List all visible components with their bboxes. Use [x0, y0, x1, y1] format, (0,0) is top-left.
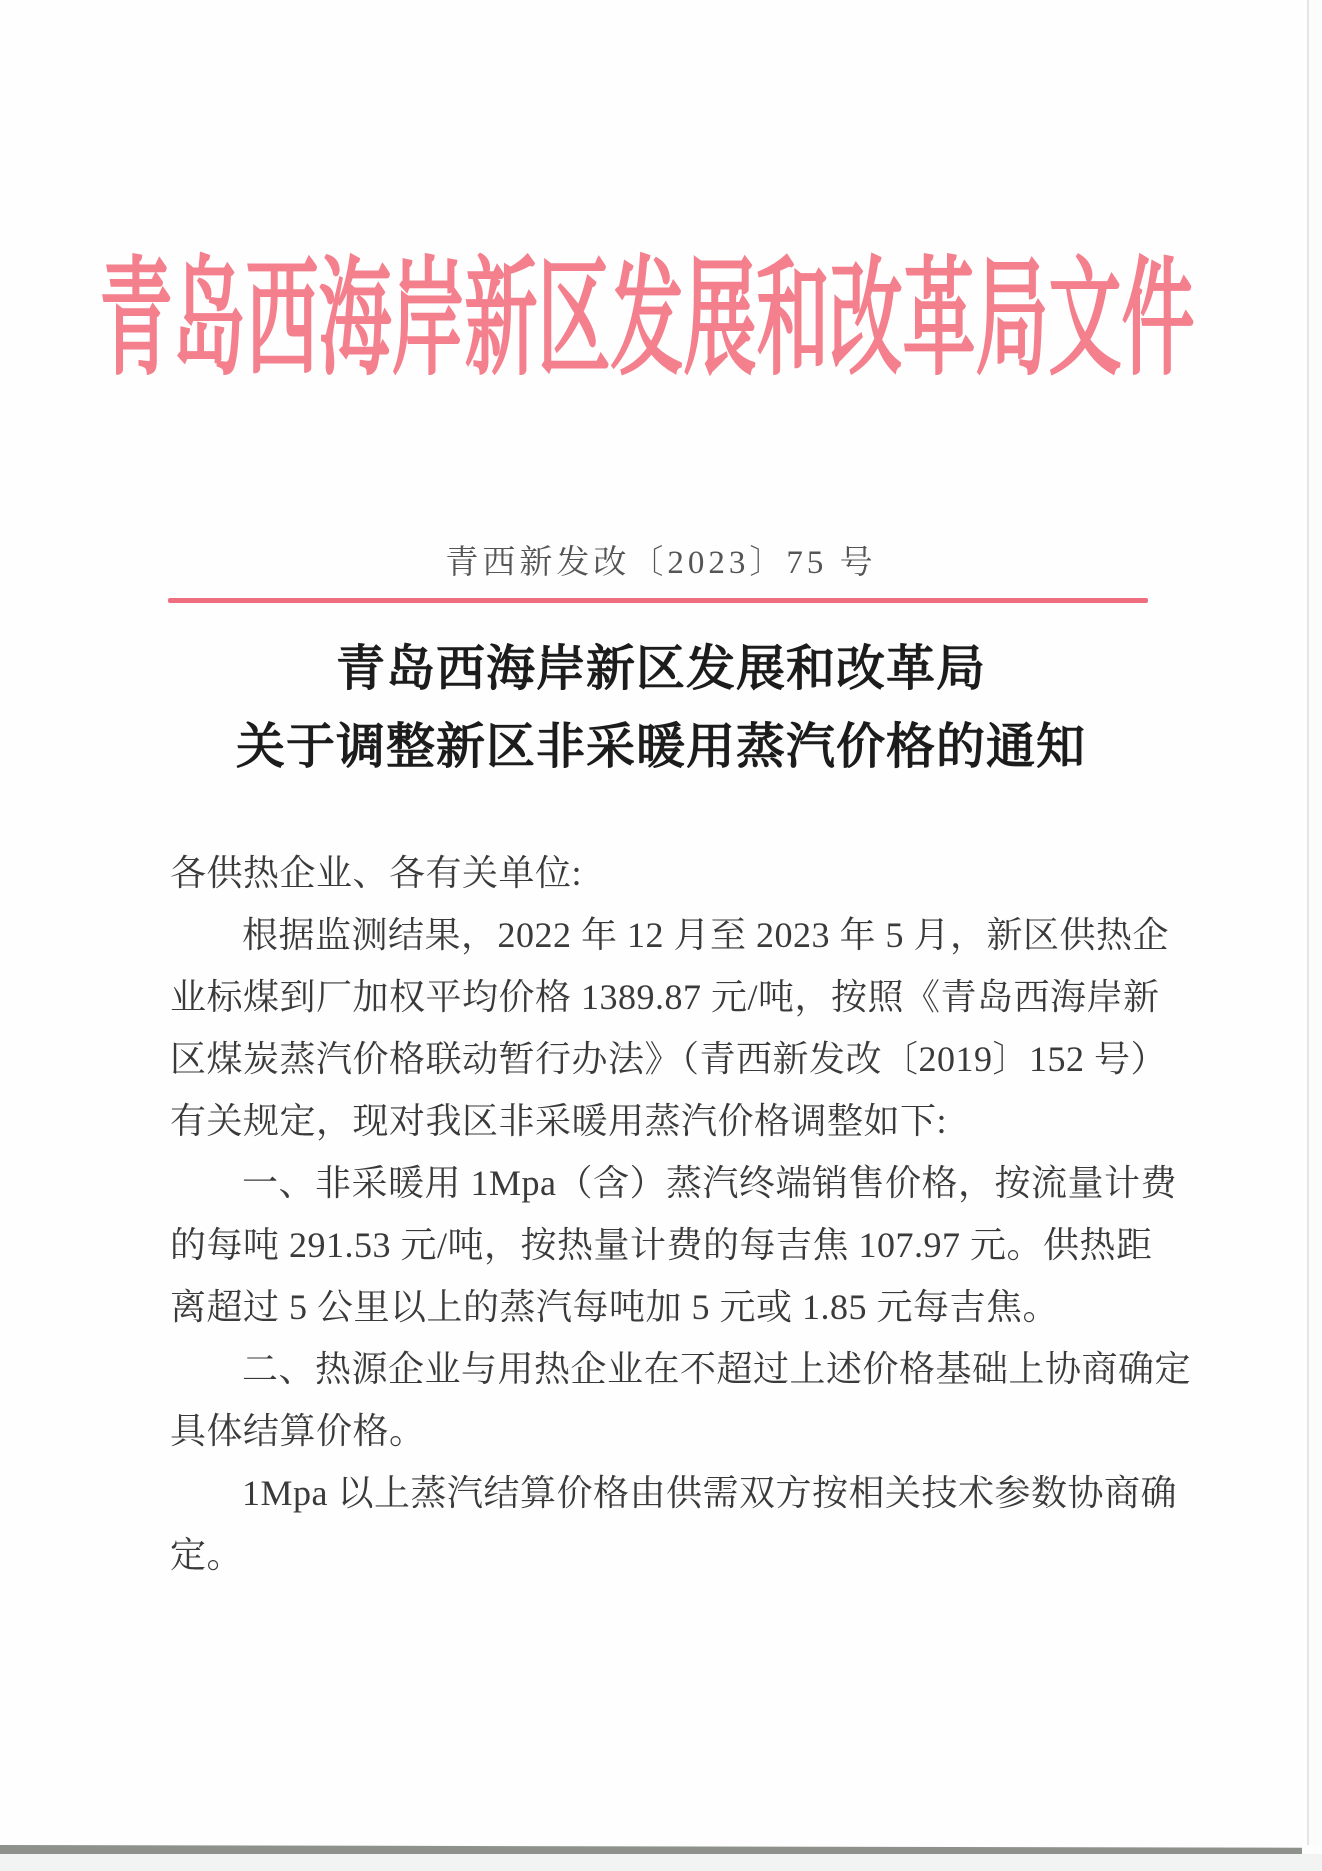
body-line: 离超过 5 公里以上的蒸汽每吨加 5 元或 1.85 元每吉焦。 — [170, 1276, 1170, 1338]
body-line: 各供热企业、各有关单位: — [170, 842, 1170, 904]
body-line: 一、非采暖用 1Mpa（含）蒸汽终端销售价格，按流量计费 — [170, 1152, 1170, 1214]
body-line: 区煤炭蒸汽价格联动暂行办法》（青西新发改〔2019〕152 号） — [170, 1028, 1170, 1090]
body-line: 二、热源企业与用热企业在不超过上述价格基础上协商确定 — [170, 1338, 1170, 1400]
body-line: 业标煤到厂加权平均价格 1389.87 元/吨，按照《青岛西海岸新 — [170, 966, 1170, 1028]
body-line: 的每吨 291.53 元/吨，按热量计费的每吉焦 107.97 元。供热距 — [170, 1214, 1170, 1276]
body-line: 有关规定，现对我区非采暖用蒸汽价格调整如下: — [170, 1090, 1170, 1152]
scanned-document-page: 青岛西海岸新区发展和改革局文件 青西新发改〔2023〕75 号 青岛西海岸新区发… — [0, 0, 1322, 1871]
document-title: 青岛西海岸新区发展和改革局 关于调整新区非采暖用蒸汽价格的通知 — [0, 630, 1322, 786]
red-header-banner: 青岛西海岸新区发展和改革局文件 — [0, 255, 1322, 400]
document-title-line-2: 关于调整新区非采暖用蒸汽价格的通知 — [0, 708, 1322, 786]
body-line: 定。 — [170, 1524, 1170, 1586]
document-title-line-1: 青岛西海岸新区发展和改革局 — [0, 630, 1322, 708]
document-reference-number: 青西新发改〔2023〕75 号 — [0, 536, 1322, 583]
body-line: 根据监测结果，2022 年 12 月至 2023 年 5 月，新区供热企 — [170, 904, 1170, 966]
body-line: 具体结算价格。 — [170, 1400, 1170, 1462]
scan-right-margin-strip — [1309, 0, 1322, 1845]
red-divider-rule — [168, 598, 1148, 603]
issuing-agency-banner-text: 青岛西海岸新区发展和改革局文件 — [100, 216, 1195, 400]
scan-below-edge-area — [0, 1854, 1322, 1871]
scan-right-edge-line — [1307, 0, 1309, 1845]
body-line: 1Mpa 以上蒸汽结算价格由供需双方按相关技术参数协商确 — [170, 1462, 1170, 1524]
document-body: 各供热企业、各有关单位: 根据监测结果，2022 年 12 月至 2023 年 … — [170, 842, 1170, 1586]
